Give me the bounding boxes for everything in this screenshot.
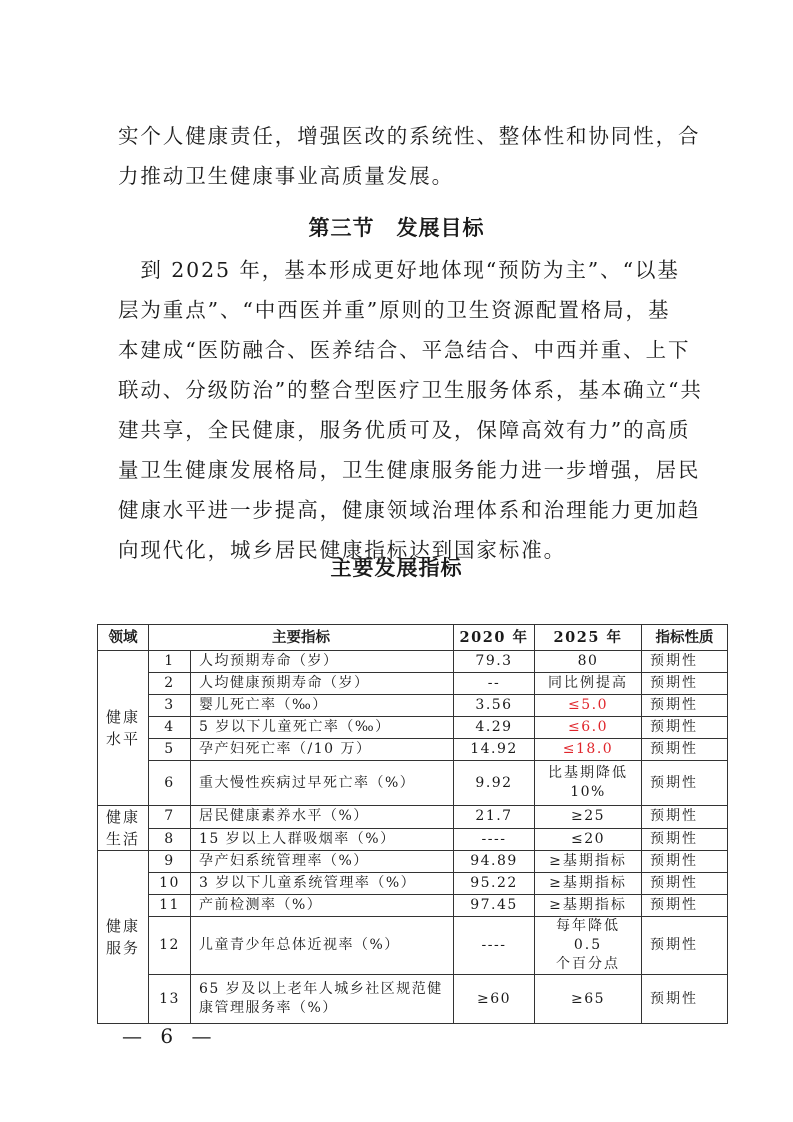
value-2025: 每年降低 0.5 个百分点	[535, 917, 642, 975]
indicator-name: 婴儿死亡率（‰）	[191, 695, 454, 717]
value-2020: ≥60	[454, 975, 535, 1024]
value-2025: ≥25	[535, 806, 642, 829]
indicator-name: 孕产妇死亡率（/10 万）	[191, 739, 454, 761]
value-2025: ≥65	[535, 975, 642, 1024]
indicator-name: 孕产妇系统管理率（%）	[191, 851, 454, 873]
value-2025: 80	[535, 651, 642, 673]
indicator-nature: 预期性	[642, 917, 728, 975]
table-row: 10 3 岁以下儿童系统管理率（%） 95.22 ≥基期指标 预期性	[98, 873, 728, 895]
value-2025-line: 个百分点	[539, 955, 637, 974]
value-2025-line: 每年降低 0.5	[539, 917, 637, 955]
row-number: 2	[149, 673, 191, 695]
indicator-nature: 预期性	[642, 673, 728, 695]
header-indicator: 主要指标	[149, 625, 454, 651]
table-title: 主要发展指标	[0, 552, 793, 582]
value-2020: 95.22	[454, 873, 535, 895]
value-2025: ≤6.0	[535, 717, 642, 739]
table-header-row: 领域 主要指标 2020 年 2025 年 指标性质	[98, 625, 728, 651]
value-2025: ≥基期指标	[535, 851, 642, 873]
row-number: 8	[149, 828, 191, 851]
indicator-name: 人均预期寿命（岁）	[191, 651, 454, 673]
value-2020: 14.92	[454, 739, 535, 761]
header-2025: 2025 年	[535, 625, 642, 651]
value-2025: ≥基期指标	[535, 873, 642, 895]
row-number: 10	[149, 873, 191, 895]
table-row: 2 人均健康预期寿命（岁） -- 同比例提高 预期性	[98, 673, 728, 695]
header-domain: 领域	[98, 625, 149, 651]
value-2020: 3.56	[454, 695, 535, 717]
row-number: 9	[149, 851, 191, 873]
value-2025: 同比例提高	[535, 673, 642, 695]
indicator-nature: 预期性	[642, 717, 728, 739]
text-line: 健康水平进一步提高，健康领域治理体系和治理能力更加趋	[118, 490, 678, 530]
value-2025: ≥基期指标	[535, 895, 642, 917]
row-number: 6	[149, 761, 191, 806]
indicator-nature: 预期性	[642, 739, 728, 761]
table-row: 8 15 岁以上人群吸烟率（%） ---- ≤20 预期性	[98, 828, 728, 851]
indicator-nature: 预期性	[642, 651, 728, 673]
value-2025-line: 比基期降低	[539, 764, 637, 783]
indicator-name: 居民健康素养水平（%）	[191, 806, 454, 829]
text-line: 层为重点”、“中西医并重”原则的卫生资源配置格局，基	[118, 290, 678, 330]
table-row: 健康 水平 1 人均预期寿命（岁） 79.3 80 预期性	[98, 651, 728, 673]
value-2020: 21.7	[454, 806, 535, 829]
table-row: 健康 服务 9 孕产妇系统管理率（%） 94.89 ≥基期指标 预期性	[98, 851, 728, 873]
indicator-nature: 预期性	[642, 895, 728, 917]
text-line: 力推动卫生健康事业高质量发展。	[118, 156, 678, 196]
indicator-name-line: 65 岁及以上老年人城乡社区规范健	[199, 980, 449, 999]
indicator-nature: 预期性	[642, 695, 728, 717]
value-2020: 97.45	[454, 895, 535, 917]
indicator-name: 15 岁以上人群吸烟率（%）	[191, 828, 454, 851]
table-row: 12 儿童青少年总体近视率（%） ---- 每年降低 0.5 个百分点 预期性	[98, 917, 728, 975]
row-number: 11	[149, 895, 191, 917]
table-row: 3 婴儿死亡率（‰） 3.56 ≤5.0 预期性	[98, 695, 728, 717]
domain-health-service: 健康 服务	[98, 851, 149, 1024]
domain-health-level: 健康 水平	[98, 651, 149, 806]
value-2025: ≤20	[535, 828, 642, 851]
text-line: 到 2025 年，基本形成更好地体现“预防为主”、“以基	[118, 250, 678, 290]
value-2020: 94.89	[454, 851, 535, 873]
text-line: 量卫生健康发展格局，卫生健康服务能力进一步增强，居民	[118, 450, 678, 490]
row-number: 3	[149, 695, 191, 717]
text-line: 实个人健康责任，增强医改的系统性、整体性和协同性，合	[118, 116, 678, 156]
text-line: 建共享，全民健康，服务优质可及，保障高效有力”的高质	[118, 410, 678, 450]
value-2020: ----	[454, 917, 535, 975]
indicator-nature: 预期性	[642, 975, 728, 1024]
value-2025: ≤5.0	[535, 695, 642, 717]
page-number: — 6 —	[122, 1024, 217, 1048]
indicator-nature: 预期性	[642, 761, 728, 806]
indicator-name-line: 康管理服务率（%）	[199, 999, 449, 1018]
table-row: 11 产前检测率（%） 97.45 ≥基期指标 预期性	[98, 895, 728, 917]
indicator-nature: 预期性	[642, 806, 728, 829]
table-row: 4 5 岁以下儿童死亡率（‰） 4.29 ≤6.0 预期性	[98, 717, 728, 739]
indicator-name: 重大慢性疾病过早死亡率（%）	[191, 761, 454, 806]
value-2020: 9.92	[454, 761, 535, 806]
value-2020: 4.29	[454, 717, 535, 739]
text-line: 本建成“医防融合、医养结合、平急结合、中西并重、上下	[118, 330, 678, 370]
table-row: 5 孕产妇死亡率（/10 万） 14.92 ≤18.0 预期性	[98, 739, 728, 761]
text-line: 联动、分级防治”的整合型医疗卫生服务体系，基本确立“共	[118, 370, 678, 410]
value-2020: 79.3	[454, 651, 535, 673]
domain-health-life: 健康 生活	[98, 806, 149, 851]
header-2020: 2020 年	[454, 625, 535, 651]
indicator-nature: 预期性	[642, 828, 728, 851]
row-number: 1	[149, 651, 191, 673]
indicator-name: 产前检测率（%）	[191, 895, 454, 917]
value-2025: 比基期降低 10%	[535, 761, 642, 806]
value-2020: ----	[454, 828, 535, 851]
row-number: 5	[149, 739, 191, 761]
indicator-nature: 预期性	[642, 873, 728, 895]
table-row: 6 重大慢性疾病过早死亡率（%） 9.92 比基期降低 10% 预期性	[98, 761, 728, 806]
indicator-name: 人均健康预期寿命（岁）	[191, 673, 454, 695]
row-number: 7	[149, 806, 191, 829]
header-nature: 指标性质	[642, 625, 728, 651]
row-number: 13	[149, 975, 191, 1024]
value-2025-line: 10%	[539, 783, 637, 802]
indicator-name: 3 岁以下儿童系统管理率（%）	[191, 873, 454, 895]
row-number: 4	[149, 717, 191, 739]
indicators-table: 领域 主要指标 2020 年 2025 年 指标性质 健康 水平 1 人均预期寿…	[97, 624, 728, 1024]
section-title: 第三节 发展目标	[0, 212, 793, 242]
value-2020: --	[454, 673, 535, 695]
value-2025: ≤18.0	[535, 739, 642, 761]
indicator-name: 5 岁以下儿童死亡率（‰）	[191, 717, 454, 739]
row-number: 12	[149, 917, 191, 975]
indicator-name: 65 岁及以上老年人城乡社区规范健 康管理服务率（%）	[191, 975, 454, 1024]
indicator-nature: 预期性	[642, 851, 728, 873]
table-row: 13 65 岁及以上老年人城乡社区规范健 康管理服务率（%） ≥60 ≥65 预…	[98, 975, 728, 1024]
table-row: 健康 生活 7 居民健康素养水平（%） 21.7 ≥25 预期性	[98, 806, 728, 829]
indicator-name: 儿童青少年总体近视率（%）	[191, 917, 454, 975]
